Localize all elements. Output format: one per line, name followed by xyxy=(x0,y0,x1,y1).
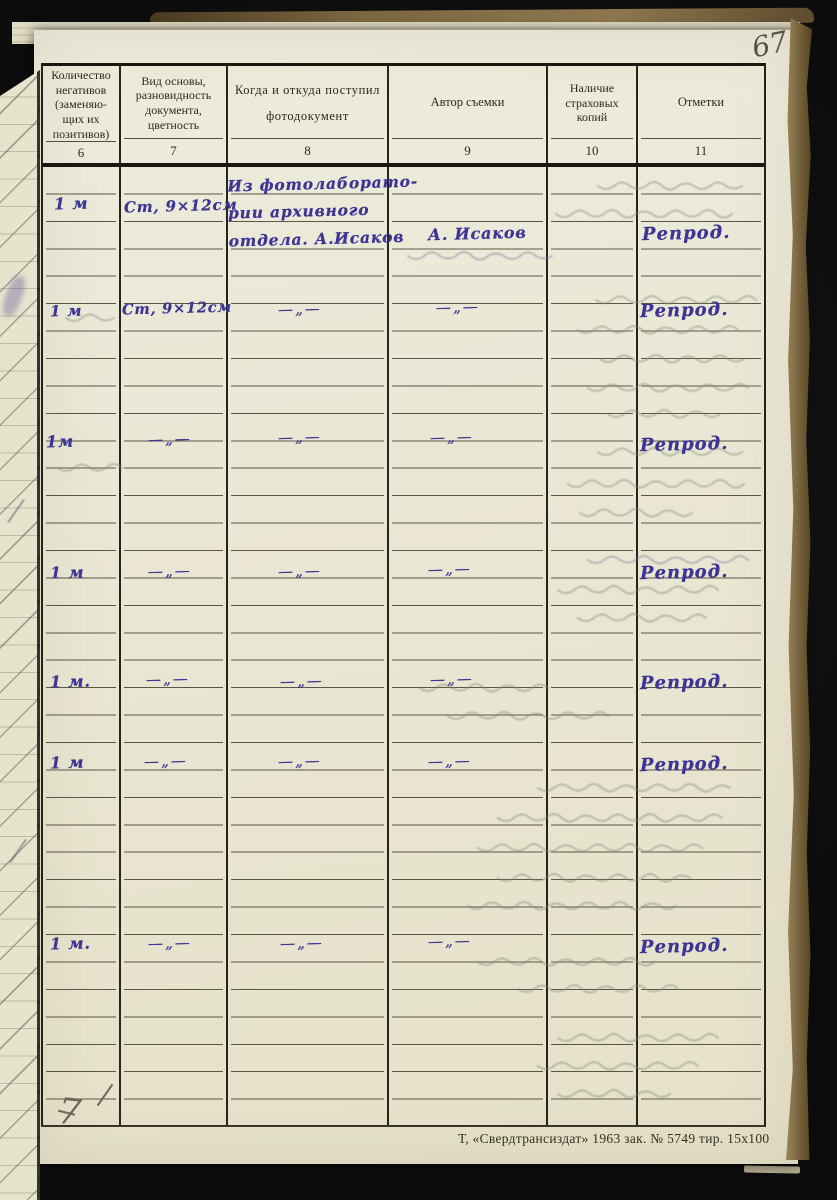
header-column-11: Отметки11 xyxy=(636,66,764,163)
header-column-7: Вид основы, разновидность документа, цве… xyxy=(119,66,226,163)
table-body xyxy=(41,167,766,1127)
column-title: Вид основы, разновидность документа, цве… xyxy=(121,66,226,138)
column-number: 9 xyxy=(392,138,543,163)
column-number: 7 xyxy=(124,138,223,163)
header-column-10: Наличие страховых копий10 xyxy=(546,66,636,163)
column-number: 6 xyxy=(46,141,116,163)
column-title: Количество негативов (заменяю- щих их по… xyxy=(43,66,119,141)
header-column-8: Когда и откуда поступил фотодокумент8 xyxy=(226,66,387,163)
body-column-8 xyxy=(226,167,387,1125)
header-column-9: Автор съемки9 xyxy=(387,66,546,163)
pencil-mark-seven: 7 xyxy=(56,1091,83,1134)
column-number: 10 xyxy=(551,138,633,163)
column-number: 8 xyxy=(231,138,384,163)
table-header: Количество негативов (заменяю- щих их по… xyxy=(41,63,766,167)
body-column-9 xyxy=(387,167,546,1125)
body-column-10 xyxy=(546,167,636,1125)
print-imprint: Т, «Свердтрансиздат» 1963 зак. № 5749 ти… xyxy=(458,1131,778,1147)
column-title: Когда и откуда поступил фотодокумент xyxy=(228,66,387,138)
header-column-6: Количество негативов (заменяю- щих их по… xyxy=(43,66,119,163)
body-column-6 xyxy=(43,167,119,1125)
body-column-7 xyxy=(119,167,226,1125)
column-number: 11 xyxy=(641,138,761,163)
body-column-11 xyxy=(636,167,764,1125)
pencil-slash xyxy=(7,499,25,523)
column-title: Наличие страховых копий xyxy=(548,66,636,138)
previous-page-edge xyxy=(0,70,40,1200)
pencil-slash xyxy=(9,839,27,863)
page-edge-fragment xyxy=(744,1166,800,1174)
column-title: Автор съемки xyxy=(389,66,546,138)
ink-smudge xyxy=(0,274,29,319)
column-title: Отметки xyxy=(638,66,764,138)
scanned-register-page: 67 Количество негативов (заменяю- щих их… xyxy=(0,0,837,1200)
